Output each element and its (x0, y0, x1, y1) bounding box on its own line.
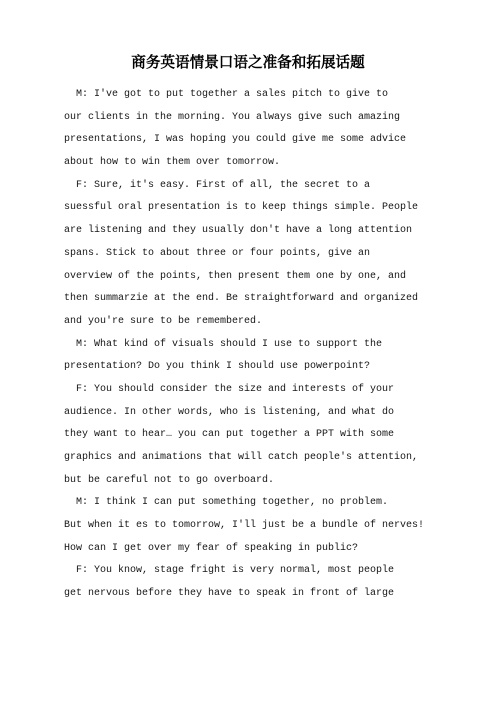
text-line: graphics and animations that will catch … (64, 447, 432, 470)
text-line: presentation? Do you think I should use … (64, 356, 432, 379)
document-page: 商务英语情景口语之准备和拓展话题 M: I've got to put toge… (0, 0, 496, 702)
text-line: spans. Stick to about three or four poin… (64, 243, 432, 266)
text-line: How can I get over my fear of speaking i… (64, 538, 432, 561)
paragraph: F: You know, stage fright is very normal… (64, 560, 432, 605)
paragraph: F: Sure, it's easy. First of all, the se… (64, 175, 432, 334)
text-line: suessful oral presentation is to keep th… (64, 197, 432, 220)
paragraph: M: I've got to put together a sales pitc… (64, 84, 432, 175)
paragraph: M: What kind of visuals should I use to … (64, 334, 432, 379)
text-line: But when it es to tomorrow, I'll just be… (64, 515, 432, 538)
text-line: M: I've got to put together a sales pitc… (64, 84, 432, 107)
text-line: audience. In other words, who is listeni… (64, 402, 432, 425)
text-line: they want to hear… you can put together … (64, 424, 432, 447)
text-line: but be careful not to go overboard. (64, 470, 432, 493)
text-line: and you're sure to be remembered. (64, 311, 432, 334)
page-title: 商务英语情景口语之准备和拓展话题 (0, 0, 496, 72)
text-line: our clients in the morning. You always g… (64, 107, 432, 130)
paragraph: M: I think I can put something together,… (64, 492, 432, 560)
paragraph: F: You should consider the size and inte… (64, 379, 432, 492)
text-line: then summarzie at the end. Be straightfo… (64, 288, 432, 311)
document-body: M: I've got to put together a sales pitc… (64, 84, 432, 606)
text-line: overview of the points, then present the… (64, 266, 432, 289)
text-line: about how to win them over tomorrow. (64, 152, 432, 175)
text-line: presentations, I was hoping you could gi… (64, 129, 432, 152)
text-line: M: I think I can put something together,… (64, 492, 432, 515)
text-line: are listening and they usually don't hav… (64, 220, 432, 243)
text-line: F: You know, stage fright is very normal… (64, 560, 432, 583)
text-line: M: What kind of visuals should I use to … (64, 334, 432, 357)
text-line: F: You should consider the size and inte… (64, 379, 432, 402)
text-line: get nervous before they have to speak in… (64, 583, 432, 606)
text-line: F: Sure, it's easy. First of all, the se… (64, 175, 432, 198)
